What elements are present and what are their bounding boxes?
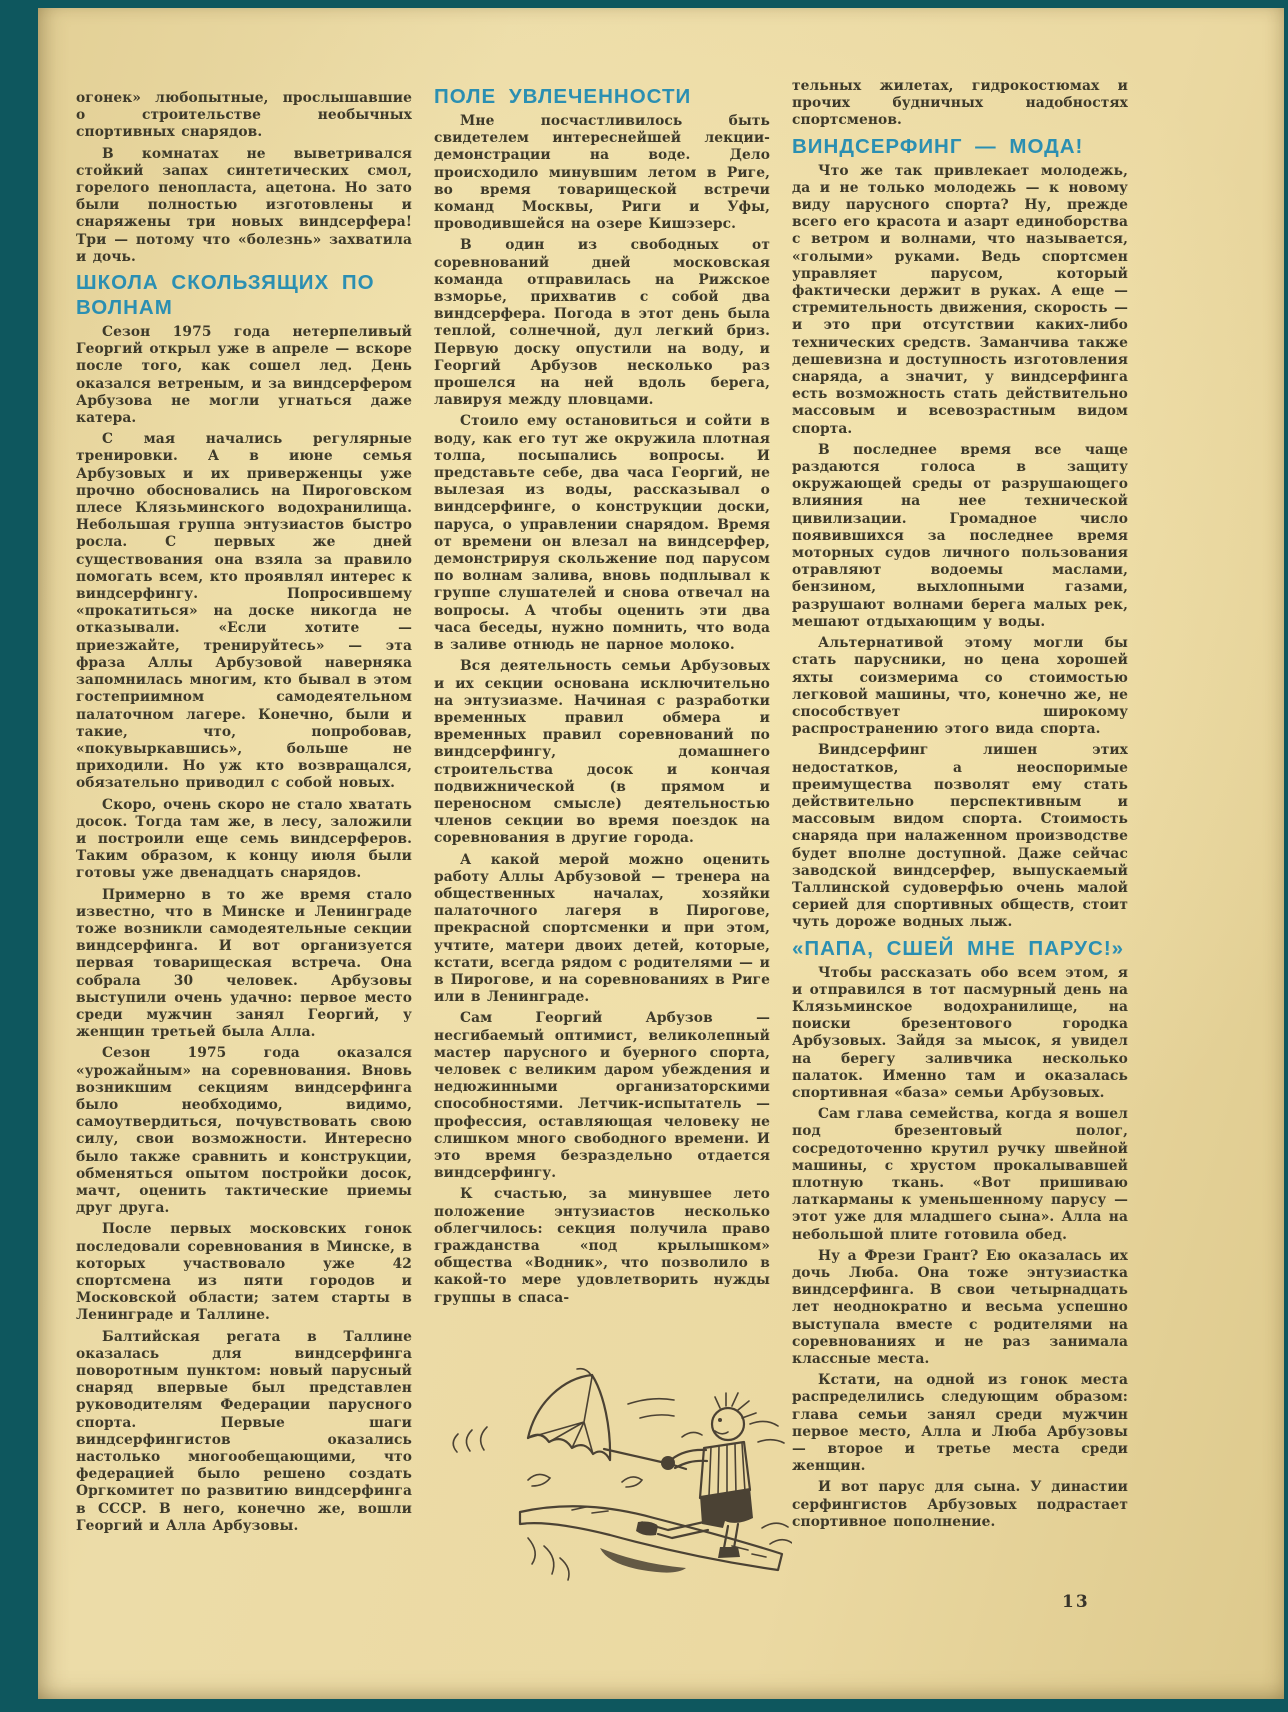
- paragraph: Балтийская регата в Таллине оказалась дл…: [76, 1329, 412, 1535]
- page-number: 13: [1062, 1592, 1090, 1612]
- paragraph: В комнатах не выветривался стойкий запах…: [76, 146, 412, 266]
- section-heading-windsurfing-fashion: ВИНДСЕРФИНГ — МОДА!: [792, 134, 1128, 159]
- paragraph: Стоило ему остановиться и сойти в воду, …: [434, 413, 770, 654]
- magazine-page: огонек» любопытные, прослышавшие о строи…: [0, 0, 1288, 1712]
- paragraph: В последнее время все чаще раздаются гол…: [792, 442, 1128, 631]
- paragraph: К счастью, за минувшее лето положение эн…: [434, 1186, 770, 1306]
- paragraph: огонек» любопытные, прослышавшие о строи…: [76, 90, 412, 142]
- windsurfer-umbrella-cartoon-illustration: [432, 1332, 792, 1632]
- section-heading-field-of-passion: ПОЛЕ УВЛЕЧЕННОСТИ: [434, 84, 770, 109]
- column-2: ПОЛЕ УВЛЕЧЕННОСТИ Мне посчастливилось бы…: [434, 84, 770, 1311]
- column-1: огонек» любопытные, прослышавшие о строи…: [76, 90, 412, 1539]
- section-heading-papa-sew-me-a-sail: «ПАПА, СШЕЙ МНЕ ПАРУС!»: [792, 936, 1128, 961]
- paragraph: Сезон 1975 года нетерпеливый Георгий отк…: [76, 324, 412, 427]
- paragraph: И вот парус для сына. У династии серфинг…: [792, 1479, 1128, 1531]
- paragraph: Виндсерфинг лишен этих недостатков, а не…: [792, 742, 1128, 931]
- paragraph: А какой мерой можно оценить работу Аллы …: [434, 852, 770, 1007]
- paragraph: Альтернативой этому могли бы стать парус…: [792, 635, 1128, 738]
- paragraph: Вся деятельность семьи Арбузовых и их се…: [434, 658, 770, 847]
- column-3: тельных жилетах, гидрокостюмах и прочих …: [792, 78, 1128, 1535]
- paragraph: В один из свободных от соревнований дней…: [434, 237, 770, 409]
- paragraph: Сам глава семейства, когда я вошел под б…: [792, 1106, 1128, 1244]
- paragraph: Мне посчастливилось быть свидетелем инте…: [434, 113, 770, 233]
- paragraph: Кстати, на одной из гонок места распреде…: [792, 1372, 1128, 1475]
- paragraph: Ну а Фрези Грант? Ею оказалась их дочь Л…: [792, 1248, 1128, 1368]
- paragraph: Что же так привлекает молодежь, да и не …: [792, 163, 1128, 438]
- paragraph: Сезон 1975 года оказался «урожайным» на …: [76, 1045, 412, 1217]
- paragraph: После первых московских гонок последовал…: [76, 1221, 412, 1324]
- paragraph: С мая начались регулярные тренировки. А …: [76, 431, 412, 792]
- paragraph: тельных жилетах, гидрокостюмах и прочих …: [792, 78, 1128, 130]
- paragraph: Сам Георгий Арбузов — несгибаемый оптими…: [434, 1010, 770, 1182]
- paragraph: Примерно в то же время стало известно, ч…: [76, 887, 412, 1042]
- paragraph: Скоро, очень скоро не стало хватать досо…: [76, 797, 412, 883]
- paragraph: Чтобы рассказать обо всем этом, я и отпр…: [792, 965, 1128, 1103]
- section-heading-school-of-wave-gliders: ШКОЛА СКОЛЬЗЯЩИХ ПО ВОЛНАМ: [76, 270, 412, 320]
